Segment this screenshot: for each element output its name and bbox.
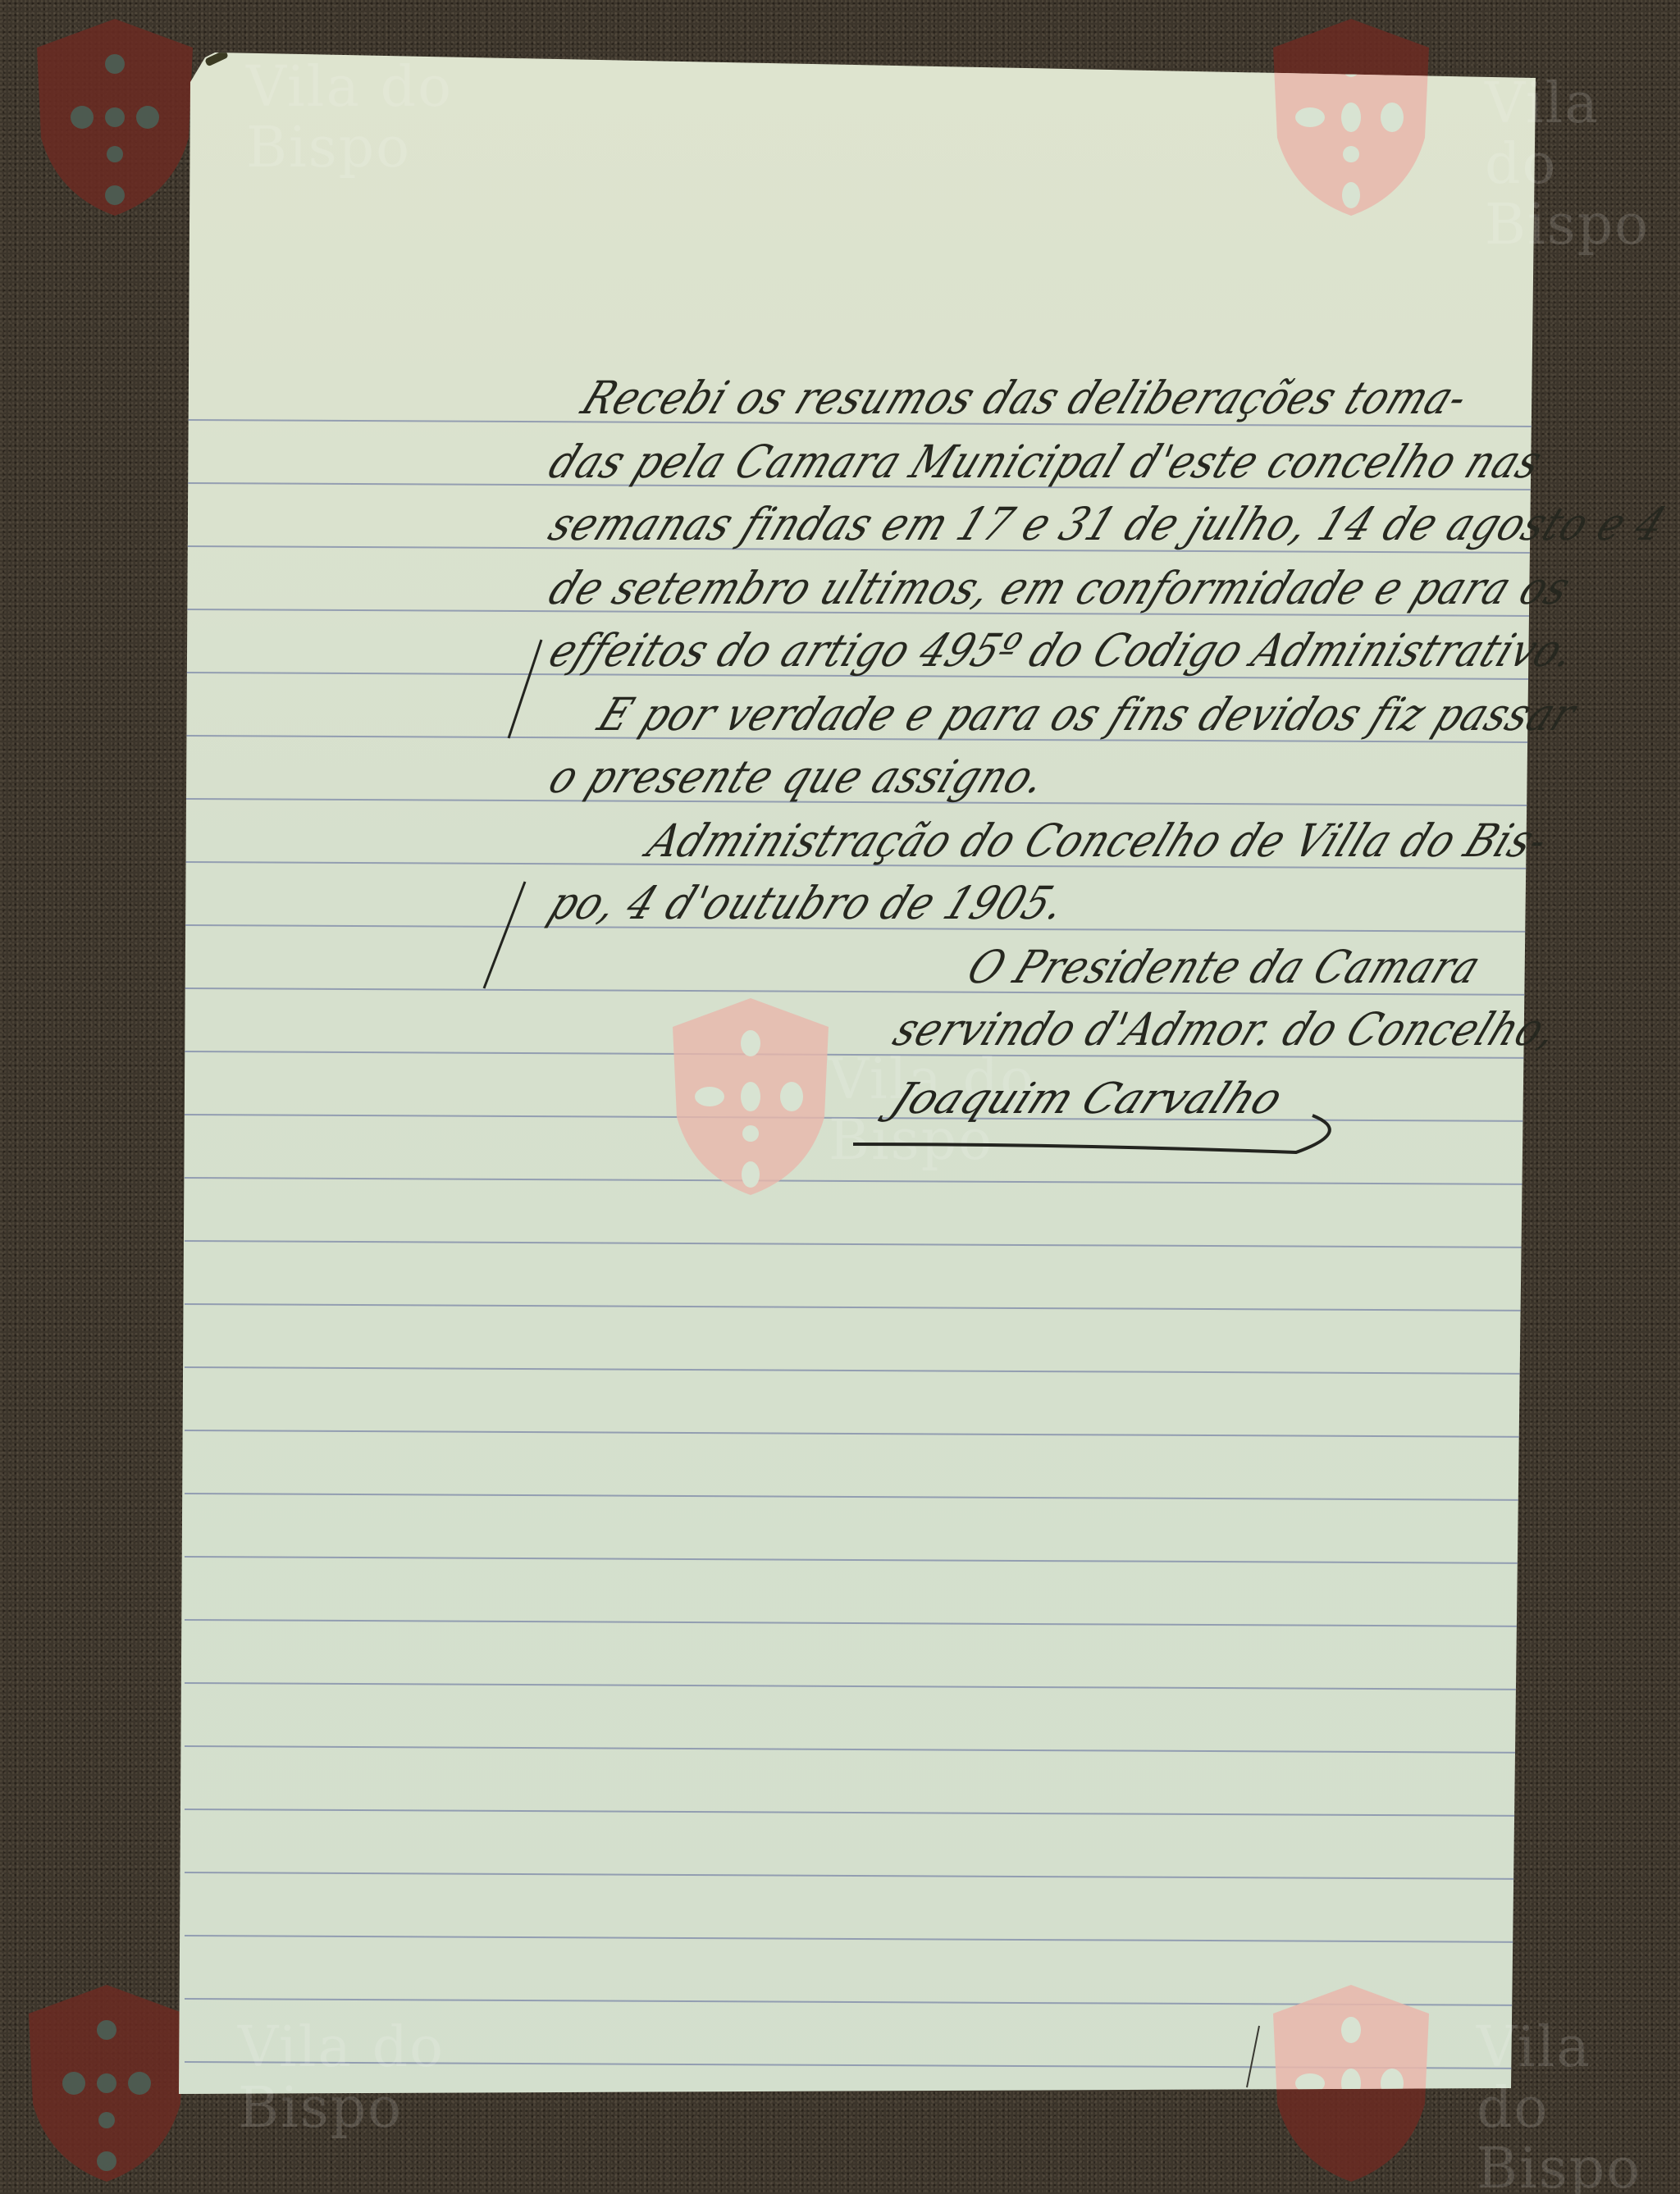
- handwritten-text: Recebi os resumos das deliberações toma-…: [0, 0, 1680, 2194]
- pen-strokes: [0, 0, 1680, 2194]
